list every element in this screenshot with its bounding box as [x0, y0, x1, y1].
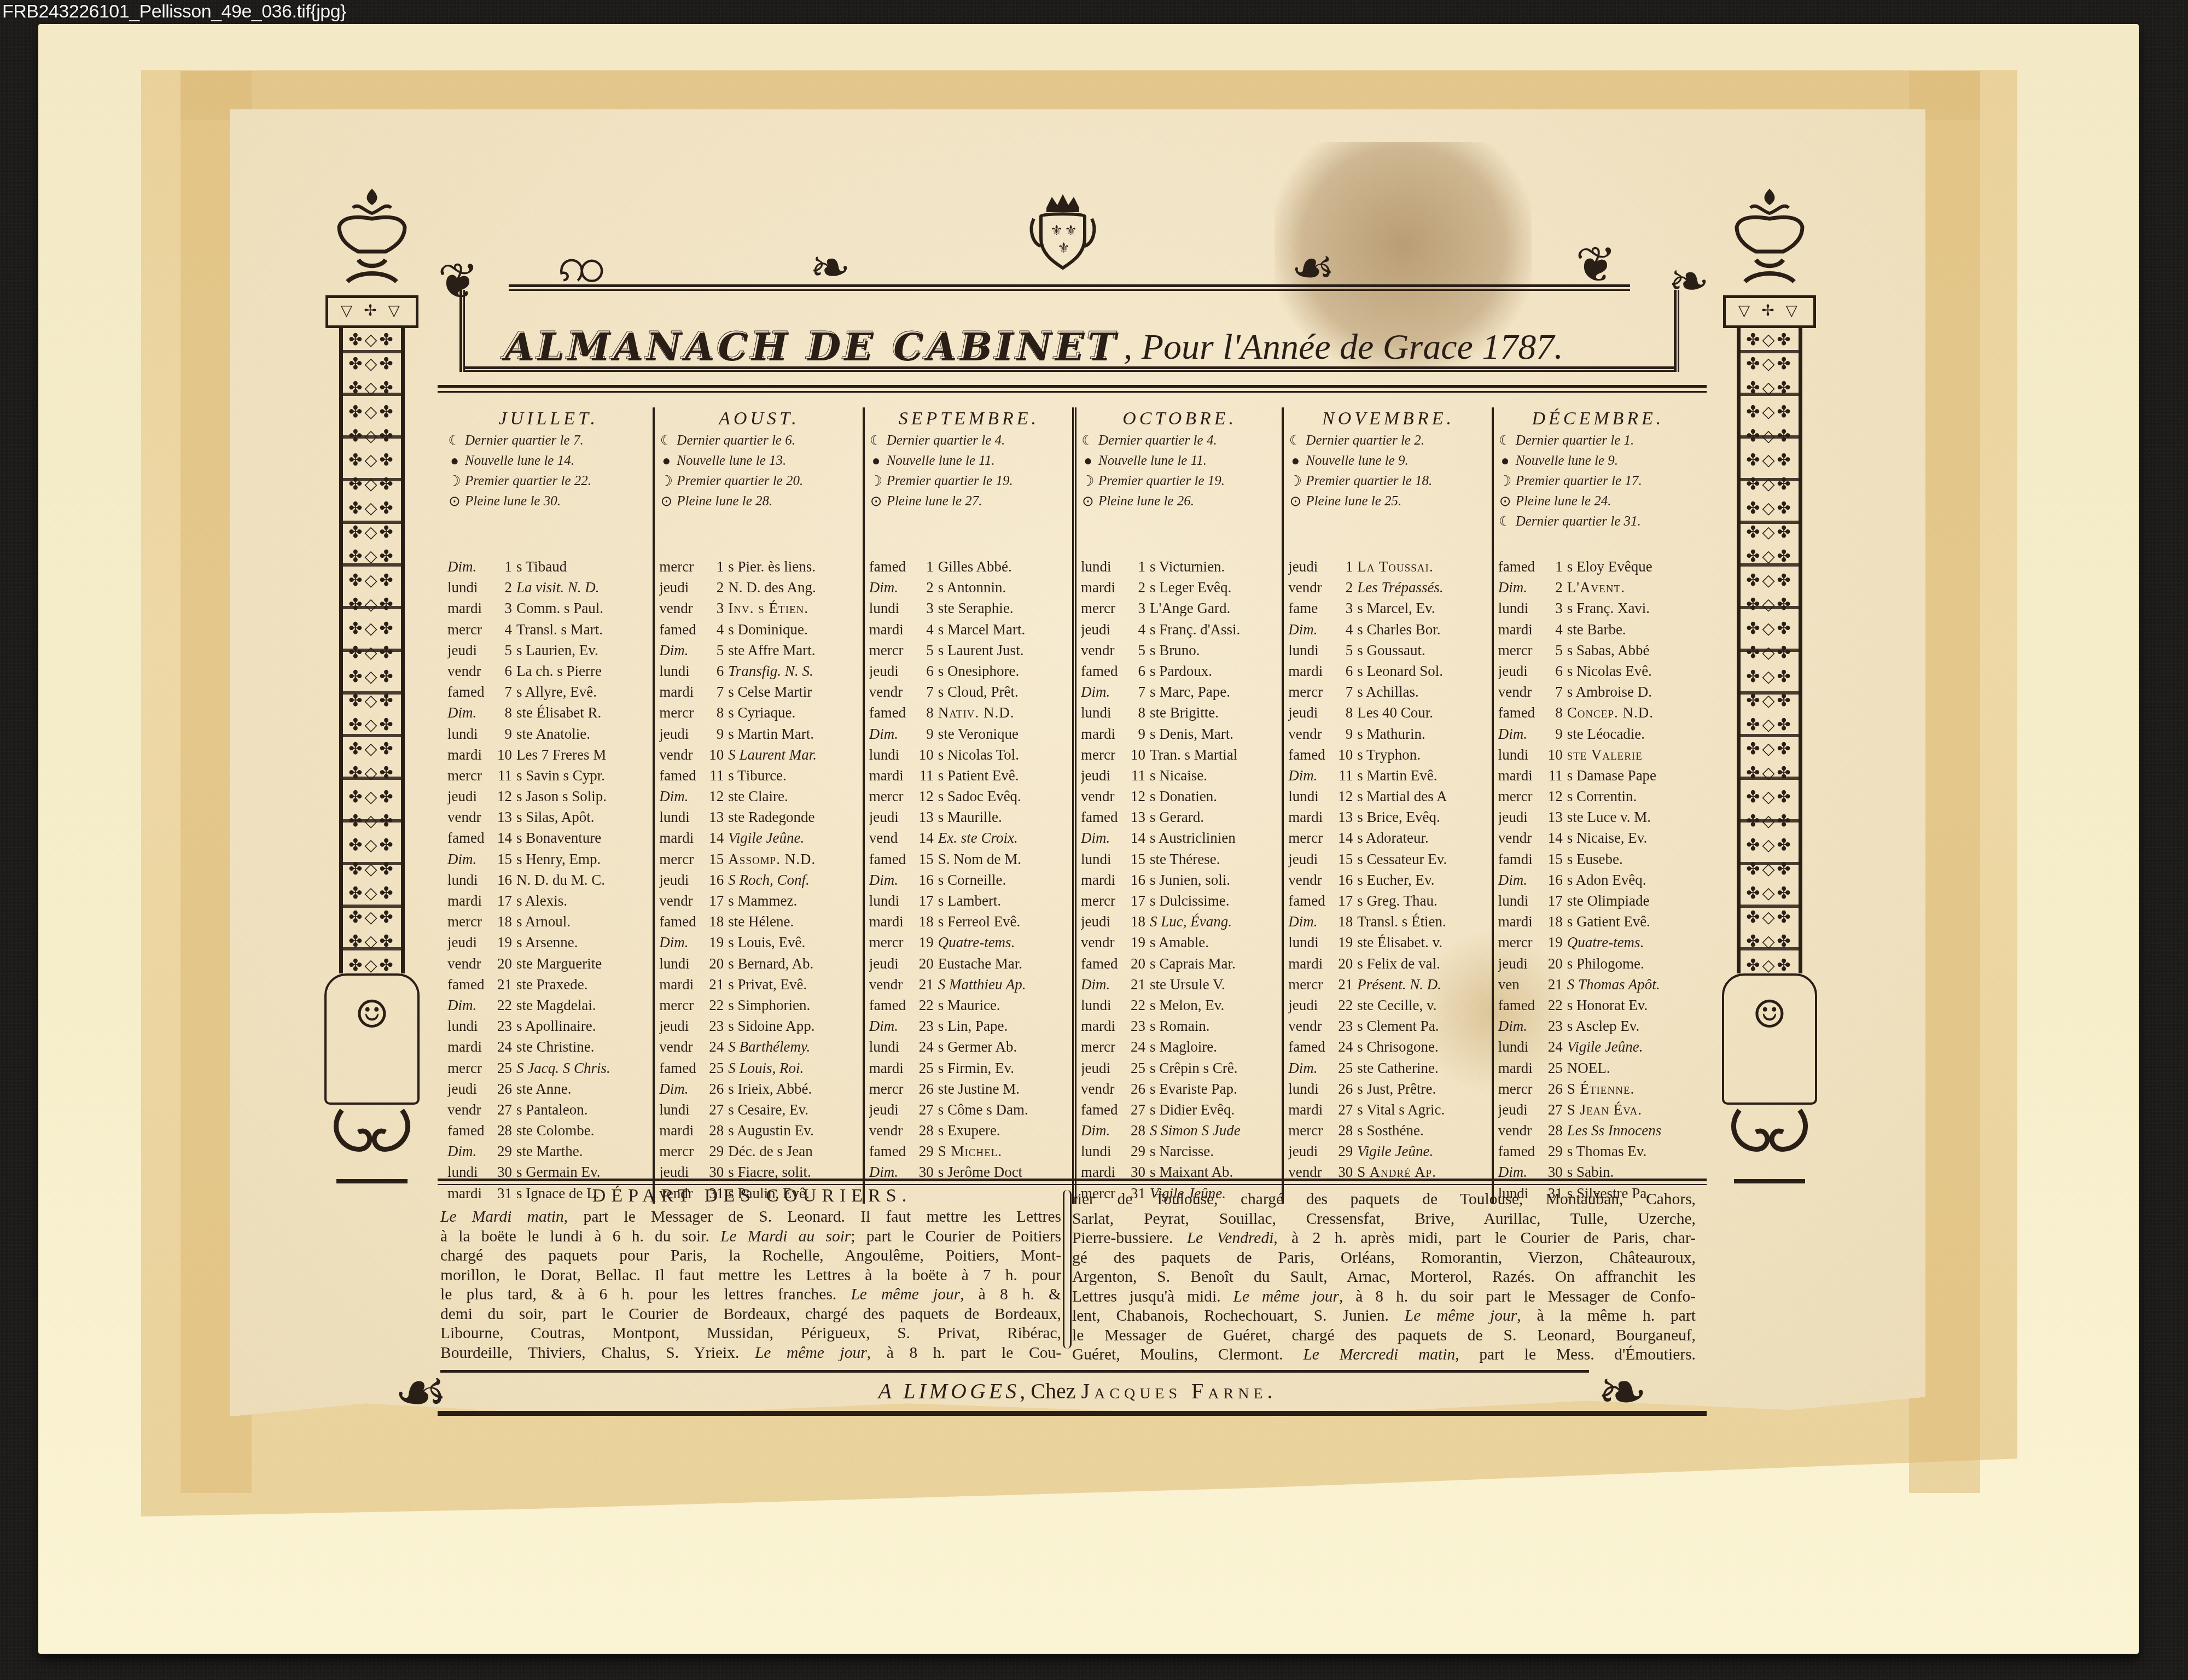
weekday: famed — [1081, 953, 1129, 974]
day-row: lundi3ste Seraphie. — [869, 598, 1069, 619]
moon-phase-text: Pleine lune le 27. — [887, 491, 982, 511]
weekday: famed — [869, 1141, 917, 1162]
last-quarter-moon-icon: ☾ — [1288, 430, 1302, 451]
moon-phase-text: Premier quartier le 20. — [677, 471, 803, 491]
saint-name: s Didier Evêq. — [1150, 1099, 1278, 1120]
day-number: 18 — [707, 911, 728, 932]
day-row: mercr5s Laurent Just. — [869, 640, 1069, 661]
day-number: 17 — [707, 890, 728, 911]
weekday: mardi — [869, 1058, 917, 1078]
new-moon-moon-icon: ● — [447, 451, 462, 471]
moon-phase-text: Dernier quartier le 7. — [465, 430, 584, 451]
weekday: vend — [869, 827, 917, 848]
saint-name: s Honorat Ev. — [1567, 995, 1698, 1016]
day-row: lundi20s Bernard, Ab. — [659, 953, 859, 974]
body-text: à la boëte le lundi à 6 h. du soir. — [440, 1228, 720, 1245]
imprint-place: A LIMOGES — [878, 1379, 1020, 1403]
weekday: Dim. — [1288, 765, 1336, 786]
weekday: mercr — [447, 765, 496, 786]
saint-name: ste Affre Mart. — [728, 640, 859, 661]
saint-name: ste Praxede. — [516, 974, 649, 995]
saint-name: L'Ange Gard. — [1150, 598, 1278, 619]
moon-phase: ⊙Pleine lune le 24. — [1498, 491, 1698, 511]
saint-name: ste Magdelai. — [516, 995, 649, 1016]
weekday: famed — [1081, 1099, 1129, 1120]
weekday: Dim. — [1498, 724, 1546, 744]
months-bottom-rule — [438, 1179, 1707, 1185]
saint-name: S Michel. — [938, 1141, 1069, 1162]
day-row: vendr13s Silas, Apôt. — [447, 807, 649, 827]
body-text: rier de Toulouse, chargé des paquets de … — [1072, 1191, 1696, 1208]
day-row: jeudi12s Jason s Solip. — [447, 786, 649, 807]
urn-finial-icon — [1729, 186, 1811, 295]
new-moon-moon-icon: ● — [659, 451, 673, 471]
saint-name: s Tibaud — [516, 556, 649, 577]
day-row: Dim.16s Adon Evêq. — [1498, 870, 1698, 890]
day-row: mercr3L'Ange Gard. — [1081, 598, 1278, 619]
day-number: 12 — [1336, 786, 1357, 807]
day-number: 18 — [917, 911, 938, 932]
moon-phase-text: Pleine lune le 25. — [1306, 491, 1401, 511]
text-line: Libourne, Coutras, Montpont, Mussidan, P… — [440, 1324, 1061, 1344]
saint-name: s Arsenne. — [516, 932, 649, 953]
saint-name: S Barthélemy. — [728, 1036, 859, 1057]
day-row: vendr24S Barthélemy. — [659, 1036, 859, 1057]
day-row: famdi15s Eusebe. — [1498, 849, 1698, 870]
day-number: 19 — [707, 932, 728, 953]
day-row: vend14Ex. ste Croix. — [869, 827, 1069, 848]
day-number: 2 — [1546, 577, 1567, 598]
moon-phase: ☾Dernier quartier le 1. — [1498, 430, 1698, 451]
body-text: Argenton, S. Benoît du Sault, Arnac, Mor… — [1072, 1268, 1696, 1286]
saint-name: s Mathurin. — [1357, 724, 1488, 744]
weekday: famed — [1498, 556, 1546, 577]
day-number: 6 — [707, 661, 728, 681]
day-row: lundi24s Germer Ab. — [869, 1036, 1069, 1057]
saint-name: s Martin Evê. — [1357, 765, 1488, 786]
saint-name: ste Thérese. — [1150, 849, 1278, 870]
day-row: vendr10S Laurent Mar. — [659, 744, 859, 765]
saint-name: ste Valerie — [1567, 744, 1698, 765]
moon-phase-text: Pleine lune le 24. — [1516, 491, 1611, 511]
weekday: lundi — [659, 661, 707, 681]
saint-name: ste Barbe. — [1567, 619, 1698, 640]
weekday: jeudi — [1498, 661, 1546, 681]
saint-name: s Chrisogone. — [1357, 1036, 1488, 1057]
weekday: mardi — [869, 911, 917, 932]
day-row: vendr17s Mammez. — [659, 890, 859, 911]
weekday: lundi — [1288, 1078, 1336, 1099]
day-row: mardi23s Romain. — [1081, 1016, 1278, 1036]
body-text: gé des paquets de Paris, Orléans, Romora… — [1072, 1249, 1696, 1267]
scroll-ornament-icon: ❧ — [810, 243, 851, 293]
saint-name: Vigile Jeûne. — [1567, 1036, 1698, 1057]
moon-phase-text: Dernier quartier le 2. — [1306, 430, 1424, 451]
day-row: mardi27s Vital s Agric. — [1288, 1099, 1488, 1120]
saint-name: Vigile Jeûne. — [728, 827, 859, 848]
month-column: DÉCEMBRE.☾Dernier quartier le 1.●Nouvell… — [1492, 407, 1701, 1204]
day-row: mercr21Présent. N. D. — [1288, 974, 1488, 995]
saint-name: s Franç. Xavi. — [1567, 598, 1698, 619]
saint-name: Quatre-tems. — [938, 932, 1069, 953]
weekday: mardi — [659, 681, 707, 702]
moon-phase: ☾Dernier quartier le 7. — [447, 430, 649, 451]
month-name: OCTOBRE. — [1081, 407, 1278, 430]
scroll-ornament-icon: ꩡ — [558, 241, 606, 290]
day-row: Dim.23s Lin, Pape. — [869, 1016, 1069, 1036]
day-number: 21 — [496, 974, 516, 995]
day-number: 8 — [1546, 702, 1567, 723]
weekday: jeudi — [447, 1078, 496, 1099]
day-number: 22 — [707, 995, 728, 1016]
moon-phase: ●Nouvelle lune le 9. — [1498, 451, 1698, 471]
day-number: 10 — [1546, 744, 1567, 765]
weekday: mercr — [1498, 932, 1546, 953]
body-text: , part le Messager de S. Leonard. Il fau… — [564, 1208, 1061, 1226]
day-row: famed8Concep. N.D. — [1498, 702, 1698, 723]
weekday: famed — [659, 765, 707, 786]
saint-name: s Côme s Dam. — [938, 1099, 1069, 1120]
day-row: famed1Gilles Abbé. — [869, 556, 1069, 577]
saint-name: s Mammez. — [728, 890, 859, 911]
day-number: 13 — [1129, 807, 1150, 827]
saint-name: Transfig. N. S. — [728, 661, 859, 681]
month-name: NOVEMBRE. — [1288, 407, 1488, 430]
saint-name: ste Élisabet R. — [516, 702, 649, 723]
day-row: famed25S Louis, Roi. — [659, 1058, 859, 1078]
weekday: vendr — [659, 744, 707, 765]
saint-name: S Louis, Roi. — [728, 1058, 859, 1078]
day-number: 1 — [707, 556, 728, 577]
weekday: mardi — [659, 974, 707, 995]
day-row: lundi9ste Anatolie. — [447, 724, 649, 744]
saint-name: Assomp. N.D. — [728, 849, 859, 870]
weekday: jeudi — [1288, 849, 1336, 870]
day-row: vendr28Les Ss Innocens — [1498, 1120, 1698, 1141]
saint-name: s Silas, Apôt. — [516, 807, 649, 827]
saint-name: s Exupere. — [938, 1120, 1069, 1141]
weekday: mardi — [447, 598, 496, 619]
day-row: Dim.11s Martin Evê. — [1288, 765, 1488, 786]
weekday: famed — [1081, 807, 1129, 827]
weekday: lundi — [1288, 640, 1336, 661]
saint-name: s Cyriaque. — [728, 702, 859, 723]
day-row: mercr11s Savin s Cypr. — [447, 765, 649, 786]
moon-phases: ☾Dernier quartier le 6.●Nouvelle lune le… — [659, 430, 859, 556]
saint-name: s Nicolas Tol. — [938, 744, 1069, 765]
moon-phase: ☽Premier quartier le 18. — [1288, 471, 1488, 491]
body-text: le Messager de Guéret, chargé des paquet… — [1072, 1327, 1696, 1344]
weekday: Dim. — [1081, 827, 1129, 848]
day-row: lundi12s Martial des A — [1288, 786, 1488, 807]
couriers-heading: DÉPART DES COURIERS. — [440, 1186, 1064, 1206]
saint-name: s Alexis. — [516, 890, 649, 911]
weekday: mardi — [869, 619, 917, 640]
weekday: mardi — [869, 765, 917, 786]
weekday: vendr — [1288, 870, 1336, 890]
weekday: famed — [447, 974, 496, 995]
day-row: fame3s Marcel, Ev. — [1288, 598, 1488, 619]
saint-name: s Marcel, Ev. — [1357, 598, 1488, 619]
day-number: 27 — [1336, 1099, 1357, 1120]
day-row: mardi13s Brice, Evêq. — [1288, 807, 1488, 827]
weekday: famed — [1288, 890, 1336, 911]
day-row: lundi5s Goussaut. — [1288, 640, 1488, 661]
scroll-foot-icon — [1729, 1105, 1811, 1192]
weekday: mercr — [1498, 786, 1546, 807]
month-name: AOUST. — [659, 407, 859, 430]
saint-name: s Maurille. — [938, 807, 1069, 827]
weekday: mardi — [1288, 807, 1336, 827]
day-number: 8 — [707, 702, 728, 723]
day-number: 5 — [707, 640, 728, 661]
day-number: 25 — [1129, 1058, 1150, 1078]
weekday: Dim. — [447, 556, 496, 577]
first-quarter-moon-icon: ☽ — [1498, 471, 1512, 491]
moon-phase: ☽Premier quartier le 19. — [869, 471, 1069, 491]
weekday: jeudi — [659, 724, 707, 744]
body-text: , à la même h. part — [1517, 1307, 1696, 1325]
text-line: morillon, le Dorat, Bellac. Il faut mett… — [440, 1266, 1061, 1286]
day-number: 26 — [707, 1078, 728, 1099]
text-line: le plus tard, & à 6 h. pour les lettres … — [440, 1285, 1061, 1305]
saint-name: Transl. s Étien. — [1357, 911, 1488, 932]
day-row: Dim.2s Antonnin. — [869, 577, 1069, 598]
day-number: 24 — [1129, 1036, 1150, 1057]
weekday: vendr — [447, 661, 496, 681]
weekday: famed — [1498, 995, 1546, 1016]
saint-name: s Nicaise, Ev. — [1567, 827, 1698, 848]
day-number: 21 — [1546, 974, 1567, 995]
pillar-shaft: ✤◇✤ ✤◇✤ ✤◇✤ ✤◇✤ ✤◇✤ ✤◇✤ ✤◇✤ ✤◇✤ ✤◇✤ ✤◇✤ … — [339, 328, 405, 973]
day-row: lundi2La visit. N. D. — [447, 577, 649, 598]
day-row: Dim.9ste Veronique — [869, 724, 1069, 744]
weekday: mardi — [447, 890, 496, 911]
saint-name: s Dominique. — [728, 619, 859, 640]
month-column: AOUST.☾Dernier quartier le 6.●Nouvelle l… — [653, 407, 862, 1204]
day-number: 16 — [707, 870, 728, 890]
weekday: Dim. — [1288, 619, 1336, 640]
day-row: famed29s Thomas Ev. — [1498, 1141, 1698, 1162]
day-row: Dim.29ste Marthe. — [447, 1141, 649, 1162]
day-row: mercr19Quatre-tems. — [869, 932, 1069, 953]
day-number: 4 — [1129, 619, 1150, 640]
month-column: JUILLET.☾Dernier quartier le 7.●Nouvelle… — [443, 407, 653, 1204]
weekday: Dim. — [659, 932, 707, 953]
day-row: jeudi25s Crêpin s Crê. — [1081, 1058, 1278, 1078]
saint-name: s Asclep Ev. — [1567, 1016, 1698, 1036]
day-row: mercr12s Sadoc Evêq. — [869, 786, 1069, 807]
title-subtitle: , Pour l'Année de Grace 1787. — [1124, 327, 1563, 367]
day-number: 24 — [707, 1036, 728, 1057]
day-row: Dim.21ste Ursule V. — [1081, 974, 1278, 995]
moon-phase: ☽Premier quartier le 17. — [1498, 471, 1698, 491]
saint-name: s Germer Ab. — [938, 1036, 1069, 1057]
day-row: lundi26s Just, Prêtre. — [1288, 1078, 1488, 1099]
day-number: 6 — [1129, 661, 1150, 681]
saint-name: s Patient Evê. — [938, 765, 1069, 786]
weekday: famed — [447, 1120, 496, 1141]
saint-name: s Amable. — [1150, 932, 1278, 953]
weekday: Dim. — [1081, 681, 1129, 702]
moon-phases: ☾Dernier quartier le 7.●Nouvelle lune le… — [447, 430, 649, 556]
weekday: vendr — [447, 807, 496, 827]
weekday: Dim. — [447, 995, 496, 1016]
saint-name: ste Marguerite — [516, 953, 649, 974]
day-row: jeudi2N. D. des Ang. — [659, 577, 859, 598]
day-number: 28 — [707, 1120, 728, 1141]
day-row: mercr18s Arnoul. — [447, 911, 649, 932]
saint-name: s Cesaire, Ev. — [728, 1099, 859, 1120]
moon-phases: ☾Dernier quartier le 1.●Nouvelle lune le… — [1498, 430, 1698, 556]
full-moon-moon-icon: ⊙ — [1081, 491, 1095, 511]
day-row: mardi4s Marcel Mart. — [869, 619, 1069, 640]
weekday: Dim. — [1498, 870, 1546, 890]
day-number: 22 — [1336, 995, 1357, 1016]
saint-name: s Louis, Evê. — [728, 932, 859, 953]
day-number: 7 — [707, 681, 728, 702]
saint-name: s Gatient Evê. — [1567, 911, 1698, 932]
day-number: 8 — [1129, 702, 1150, 723]
saint-name: ste Olimpiade — [1567, 890, 1698, 911]
day-row: vendr21S Matthieu Ap. — [869, 974, 1069, 995]
saint-name: s Magloire. — [1150, 1036, 1278, 1057]
weekday: famed — [659, 619, 707, 640]
weekday: lundi — [1081, 702, 1129, 723]
day-number: 11 — [1546, 765, 1567, 786]
day-number: 4 — [1336, 619, 1357, 640]
day-row: mardi25s Firmin, Ev. — [869, 1058, 1069, 1078]
saint-name: s Crêpin s Crê. — [1150, 1058, 1278, 1078]
moon-phase: ☽Premier quartier le 22. — [447, 471, 649, 491]
saint-name: s Gerard. — [1150, 807, 1278, 827]
saint-name: s Junien, soli. — [1150, 870, 1278, 890]
day-number: 5 — [1336, 640, 1357, 661]
weekday: Dim. — [1288, 1058, 1336, 1078]
body-text: , à 8 h. part le Cou- — [867, 1344, 1061, 1362]
weekday: lundi — [869, 744, 917, 765]
weekday: Dim. — [1498, 1016, 1546, 1036]
day-number: 9 — [1129, 724, 1150, 744]
day-number: 20 — [1546, 953, 1567, 974]
day-row: jeudi1La Toussai. — [1288, 556, 1488, 577]
day-row: mercr26S Étienne. — [1498, 1078, 1698, 1099]
day-number: 28 — [496, 1120, 516, 1141]
weekday: mercr — [1288, 827, 1336, 848]
day-number: 16 — [1546, 870, 1567, 890]
day-row: jeudi9s Martin Mart. — [659, 724, 859, 744]
day-row: famed1s Eloy Evêque — [1498, 556, 1698, 577]
day-number: 2 — [707, 577, 728, 598]
day-number: 22 — [917, 995, 938, 1016]
day-row: vendr9s Mathurin. — [1288, 724, 1488, 744]
day-row: lundi29s Narcisse. — [1081, 1141, 1278, 1162]
day-number: 18 — [1546, 911, 1567, 932]
saint-name: ste Brigitte. — [1150, 702, 1278, 723]
moon-phase: ☾Dernier quartier le 6. — [659, 430, 859, 451]
weekday: jeudi — [447, 640, 496, 661]
saint-name: s Tryphon. — [1357, 744, 1488, 765]
saint-name: Transl. s Mart. — [516, 619, 649, 640]
moon-phase-text: Dernier quartier le 31. — [1516, 511, 1641, 532]
weekday: Dim. — [1498, 577, 1546, 598]
saint-name: Gilles Abbé. — [938, 556, 1069, 577]
day-row: mardi25NOEL. — [1498, 1058, 1698, 1078]
weekday: jeudi — [447, 932, 496, 953]
saint-name: s Felix de val. — [1357, 953, 1488, 974]
moon-phases: ☾Dernier quartier le 4.●Nouvelle lune le… — [869, 430, 1069, 556]
moon-phase: ●Nouvelle lune le 11. — [869, 451, 1069, 471]
day-number: 28 — [1129, 1120, 1150, 1141]
day-number: 13 — [917, 807, 938, 827]
weekday: jeudi — [1081, 911, 1129, 932]
day-row: vendr28s Exupere. — [869, 1120, 1069, 1141]
weekday: Dim. — [1288, 911, 1336, 932]
day-row: jeudi4s Franç. d'Assi. — [1081, 619, 1278, 640]
day-number: 11 — [1129, 765, 1150, 786]
saint-name: s Greg. Thau. — [1357, 890, 1488, 911]
weekday: mercr — [1288, 681, 1336, 702]
day-row: vendr16s Eucher, Ev. — [1288, 870, 1488, 890]
day-number: 7 — [917, 681, 938, 702]
day-number: 7 — [1546, 681, 1567, 702]
weekday: mercr — [1081, 890, 1129, 911]
weekday: vendr — [1081, 786, 1129, 807]
day-row: mercr14s Adorateur. — [1288, 827, 1488, 848]
weekday: Dim. — [1081, 974, 1129, 995]
day-number: 10 — [1129, 744, 1150, 765]
day-row: jeudi29Vigile Jeûne. — [1288, 1141, 1488, 1162]
day-row: famed7s Allyre, Evê. — [447, 681, 649, 702]
weekday: jeudi — [659, 870, 707, 890]
saint-name: s Laurien, Ev. — [516, 640, 649, 661]
day-row: mardi7s Celse Martir — [659, 681, 859, 702]
last-quarter-moon-icon: ☾ — [869, 430, 883, 451]
moon-phase-text: Dernier quartier le 6. — [677, 430, 795, 451]
weekday: Dim. — [869, 1016, 917, 1036]
pillar-base: ☺ — [1722, 973, 1817, 1105]
day-number: 13 — [496, 807, 516, 827]
last-quarter-moon-icon: ☾ — [1081, 430, 1095, 451]
day-number: 20 — [917, 953, 938, 974]
day-row: vendr19s Amable. — [1081, 932, 1278, 953]
weekday: famed — [659, 1058, 707, 1078]
scroll-ornament-icon: ❧ — [1668, 257, 1709, 306]
saint-name: N. D. des Ang. — [728, 577, 859, 598]
day-number: 29 — [1129, 1141, 1150, 1162]
day-row: lundi27s Cesaire, Ev. — [659, 1099, 859, 1120]
full-moon-moon-icon: ⊙ — [1288, 491, 1302, 511]
weekday: famed — [869, 556, 917, 577]
day-row: Dim.19s Louis, Evê. — [659, 932, 859, 953]
scroll-ornament-icon: ☙ — [394, 1362, 448, 1422]
weekday: lundi — [1498, 744, 1546, 765]
day-number: 18 — [1129, 911, 1150, 932]
day-row: mardi17s Alexis. — [447, 890, 649, 911]
day-number: 22 — [1546, 995, 1567, 1016]
saint-name: s Correntin. — [1567, 786, 1698, 807]
day-row: jeudi6s Nicolas Evê. — [1498, 661, 1698, 681]
body-text: , part le Mess. d'Émoutiers. — [1455, 1346, 1696, 1363]
weekday: vendr — [1498, 827, 1546, 848]
saint-name: s Damase Pape — [1567, 765, 1698, 786]
saint-name: L'Avent. — [1567, 577, 1698, 598]
moon-phase-text: Premier quartier le 22. — [465, 471, 591, 491]
weekday: famed — [869, 849, 917, 870]
body-text: demi du soir, part le Courier de Bordeau… — [440, 1305, 1061, 1323]
pillar-base: ☺ — [324, 973, 420, 1105]
weekday: lundi — [1081, 849, 1129, 870]
